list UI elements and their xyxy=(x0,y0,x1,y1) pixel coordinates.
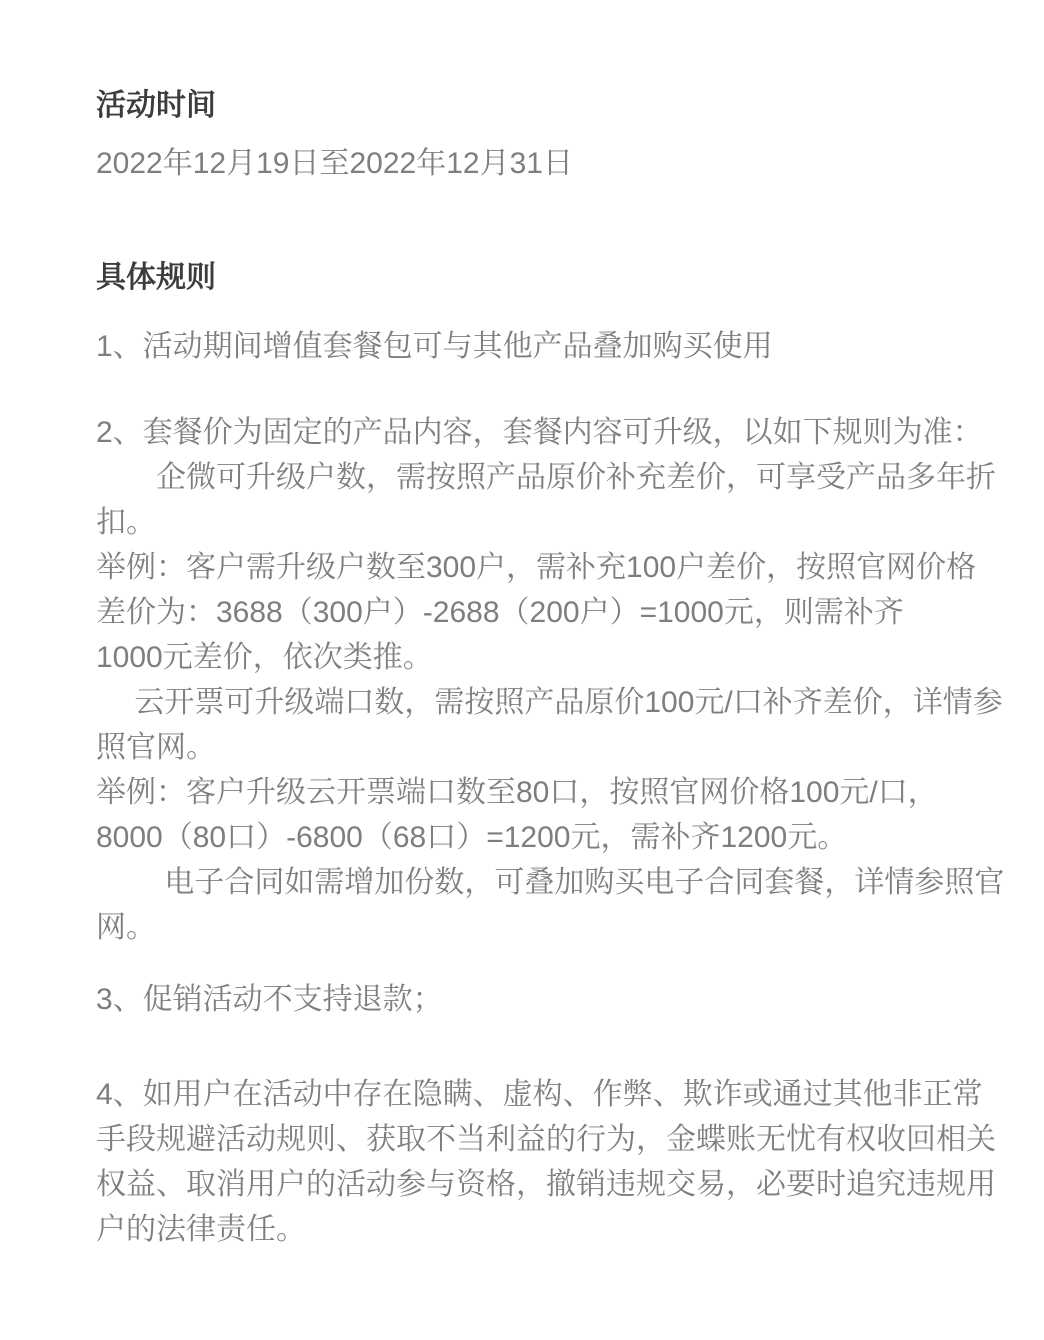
rules-document: 活动时间 2022年12月19日至2022年12月31日 具体规则 1、活动期间… xyxy=(0,0,1044,1252)
rules-heading: 具体规则 xyxy=(96,255,1004,300)
activity-time-range: 2022年12月19日至2022年12月31日 xyxy=(96,141,1004,186)
activity-time-heading: 活动时间 xyxy=(96,83,1004,128)
rule-item-4: 4、如用户在活动中存在隐瞒、虚构、作弊、欺诈或通过其他非正常 手段规避活动规则、… xyxy=(96,1072,1004,1252)
rule-item-2: 2、套餐价为固定的产品内容，套餐内容可升级，以如下规则为准： 企微可升级户数，需… xyxy=(96,410,1004,950)
rule-item-3: 3、促销活动不支持退款； xyxy=(96,977,1004,1022)
rule-item-1: 1、活动期间增值套餐包可与其他产品叠加购买使用 xyxy=(96,324,1004,369)
